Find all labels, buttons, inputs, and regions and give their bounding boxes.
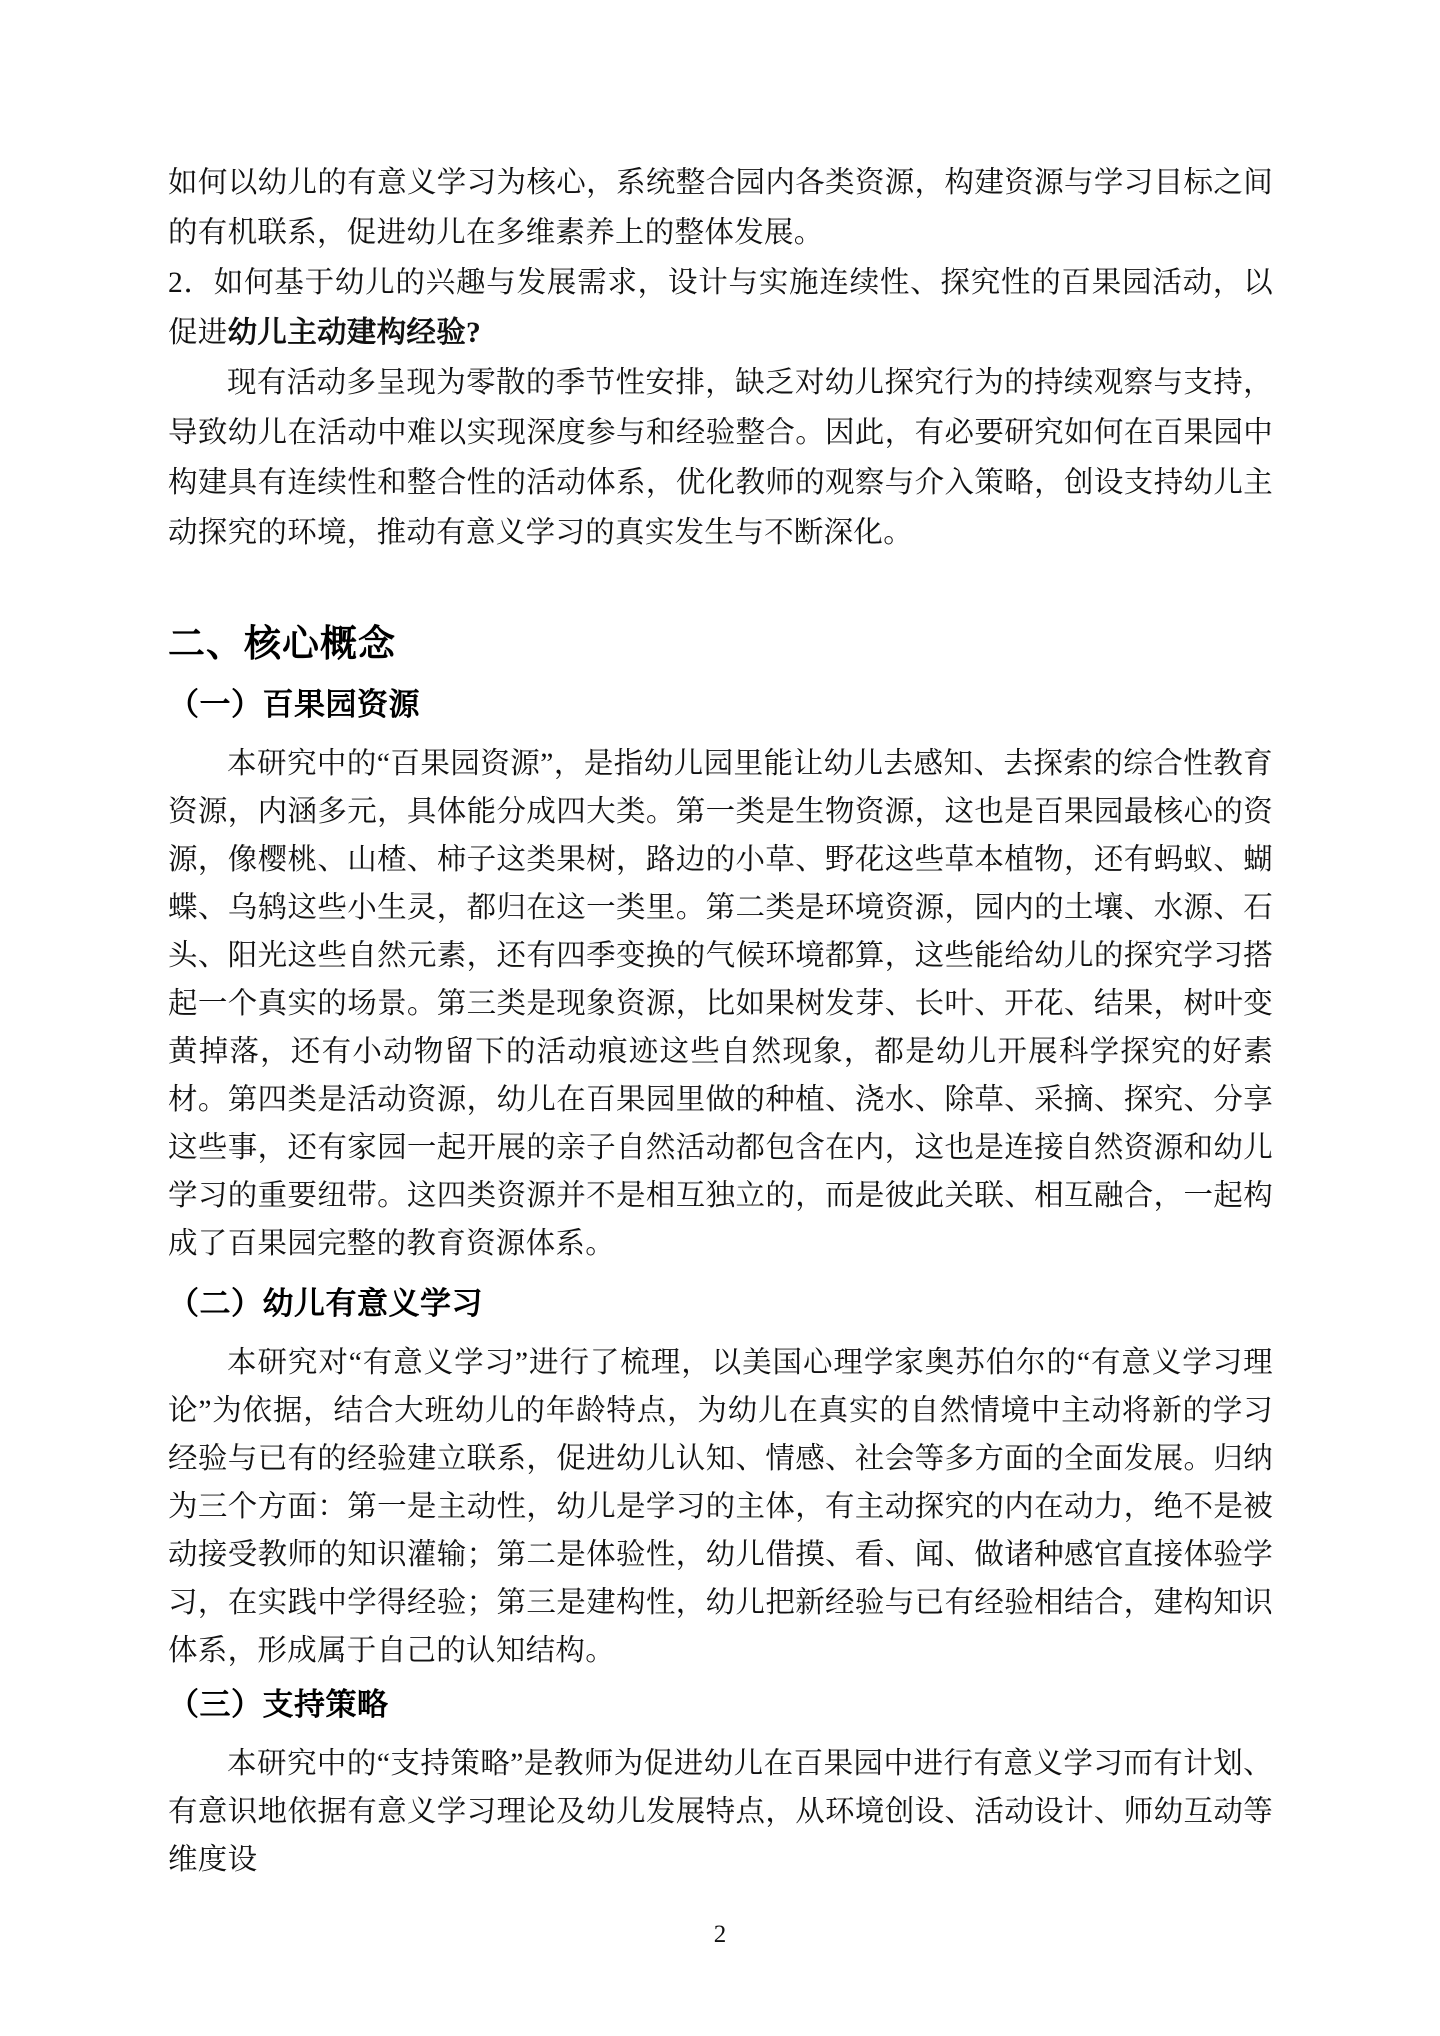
support-strategies-heading: （三）支持策略 — [168, 1684, 1273, 1726]
orchard-resources-heading: （一）百果园资源 — [168, 684, 1273, 726]
support-strategies-paragraph: 本研究中的“支持策略”是教师为促进幼儿在百果园中进行有意义学习而有计划、有意识地… — [168, 1740, 1273, 1884]
core-concepts-section-heading: 二、核心概念 — [168, 620, 1273, 668]
subsection-support-strategies: （三）支持策略 本研究中的“支持策略”是教师为促进幼儿在百果园中进行有意义学习而… — [168, 1684, 1273, 1884]
document-page: 如何以幼儿的有意义学习为核心，系统整合园内各类资源，构建资源与学习目标之间的有机… — [0, 0, 1440, 2036]
meaningful-learning-paragraph: 本研究对“有意义学习”进行了梳理，以美国心理学家奥苏伯尔的“有意义学习理论”为依… — [168, 1339, 1273, 1675]
orchard-resources-paragraph: 本研究中的“百果园资源”，是指幼儿园里能让幼儿去感知、去探索的综合性教育资源，内… — [168, 740, 1273, 1268]
meaningful-learning-heading: （二）幼儿有意义学习 — [168, 1283, 1273, 1325]
page-content: 如何以幼儿的有意义学习为核心，系统整合园内各类资源，构建资源与学习目标之间的有机… — [168, 158, 1273, 1884]
problem-statement-paragraph: 现有活动多呈现为零散的季节性安排，缺乏对幼儿探究行为的持续观察与支持，导致幼儿在… — [168, 358, 1273, 558]
continuation-paragraph: 如何以幼儿的有意义学习为核心，系统整合园内各类资源，构建资源与学习目标之间的有机… — [168, 158, 1273, 258]
page-number-footer: 2 — [0, 1920, 1440, 1950]
research-question-2-item: 2．如何基于幼儿的兴趣与发展需求，设计与实施连续性、探究性的百果园活动，以促进幼… — [168, 258, 1273, 358]
research-question-2-bold-text: 幼儿主动建构经验? — [228, 317, 481, 349]
subsection-orchard-resources: （一）百果园资源 本研究中的“百果园资源”，是指幼儿园里能让幼儿去感知、去探索的… — [168, 684, 1273, 1268]
subsection-meaningful-learning: （二）幼儿有意义学习 本研究对“有意义学习”进行了梳理，以美国心理学家奥苏伯尔的… — [168, 1283, 1273, 1675]
